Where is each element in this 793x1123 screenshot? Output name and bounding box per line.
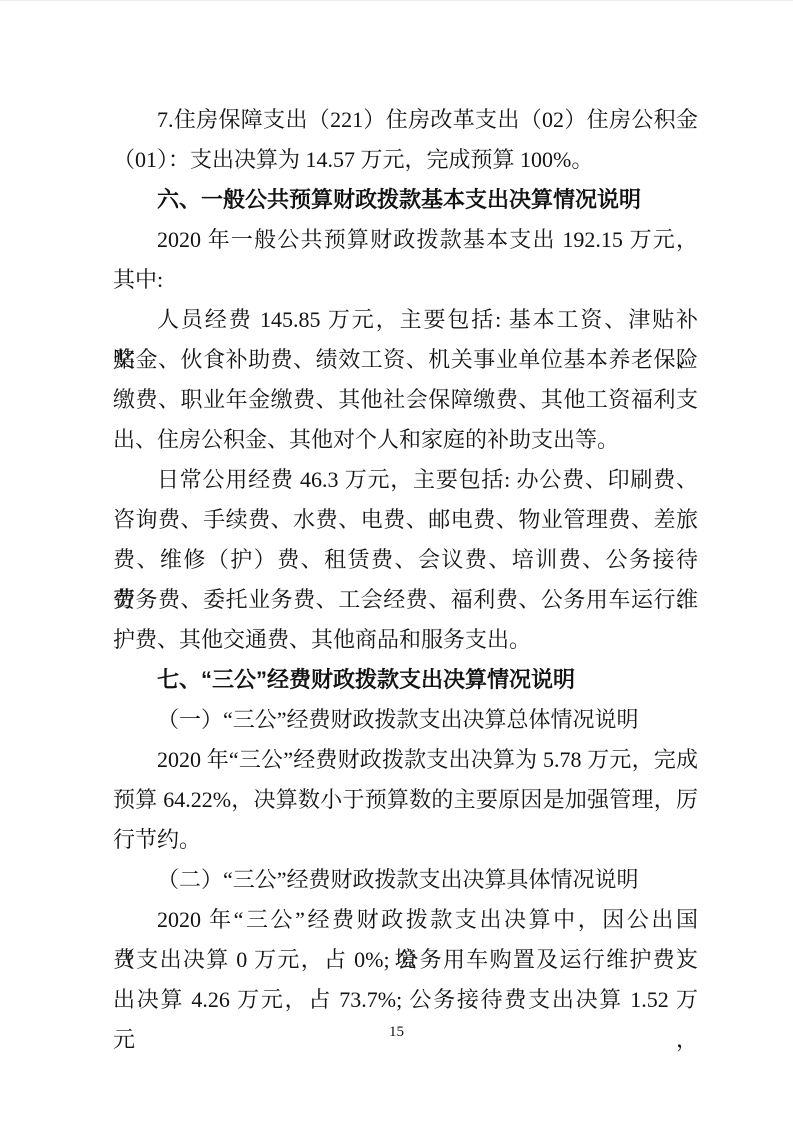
subsection-heading-1: （一）“三公”经费财政拨款支出决算总体情况说明 xyxy=(113,700,698,740)
paragraph-line: 日常公用经费 46.3 万元，主要包括: 办公费、印刷费、 xyxy=(113,460,698,500)
paragraph-line: 2020 年“三公”经费财政拨款支出决算中，因公出国（境） xyxy=(113,900,698,940)
paragraph-line: 出决算 4.26 万元，占 73.7%; 公务接待费支出决算 1.52 万元， xyxy=(113,980,698,1020)
section-heading-7: 七、“三公”经费财政拨款支出决算情况说明 xyxy=(113,660,698,700)
paragraph-line: 行节约。 xyxy=(113,820,698,860)
document-content: 7.住房保障支出（221）住房改革支出（02）住房公积金 （01）：支出决算为 … xyxy=(113,100,698,1020)
paragraph-line: 护费、其他交通费、其他商品和服务支出。 xyxy=(113,620,698,660)
document-page: 7.住房保障支出（221）住房改革支出（02）住房公积金 （01）：支出决算为 … xyxy=(0,0,793,1123)
section-heading-6: 六、一般公共预算财政拨款基本支出决算情况说明 xyxy=(113,180,698,220)
paragraph-line: 劳务费、委托业务费、工会经费、福利费、公务用车运行维 xyxy=(113,580,698,620)
paragraph-line: 费支出决算 0 万元，占 0%; 公务用车购置及运行维护费支 xyxy=(113,940,698,980)
paragraph-line: 7.住房保障支出（221）住房改革支出（02）住房公积金 xyxy=(113,100,698,140)
paragraph-line: 出、住房公积金、其他对个人和家庭的补助支出等。 xyxy=(113,420,698,460)
paragraph-line: 2020 年一般公共预算财政拨款基本支出 192.15 万元， xyxy=(113,220,698,260)
subsection-heading-2: （二）“三公”经费财政拨款支出决算具体情况说明 xyxy=(113,860,698,900)
paragraph-line: 费、维修（护）费、租赁费、会议费、培训费、公务接待费、 xyxy=(113,540,698,580)
paragraph-line: 人员经费 145.85 万元，主要包括: 基本工资、津贴补贴、 xyxy=(113,300,698,340)
paragraph-line: 缴费、职业年金缴费、其他社会保障缴费、其他工资福利支 xyxy=(113,380,698,420)
paragraph-line: 预算 64.22%，决算数小于预算数的主要原因是加强管理，厉 xyxy=(113,780,698,820)
page-number: 15 xyxy=(0,1021,793,1043)
paragraph-line: 其中: xyxy=(113,260,698,300)
paragraph-line: （01）：支出决算为 14.57 万元，完成预算 100%。 xyxy=(113,140,698,180)
paragraph-line: 咨询费、手续费、水费、电费、邮电费、物业管理费、差旅 xyxy=(113,500,698,540)
paragraph-line: 奖金、伙食补助费、绩效工资、机关事业单位基本养老保险 xyxy=(113,340,698,380)
paragraph-line: 2020 年“三公”经费财政拨款支出决算为 5.78 万元，完成 xyxy=(113,740,698,780)
